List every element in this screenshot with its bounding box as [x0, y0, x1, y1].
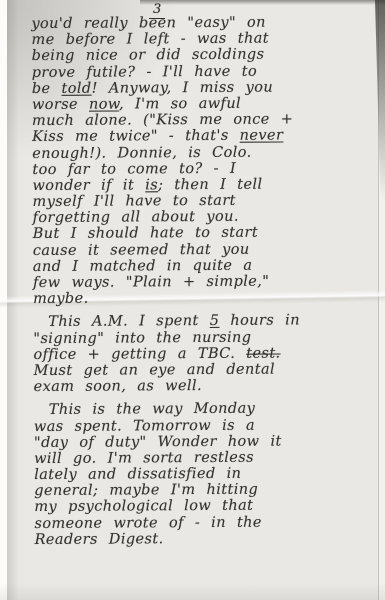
- letter-scan: 3 you'd really been "easy" onme before I…: [0, 0, 385, 600]
- paragraph-3: This is the way Mondaywas spent. Tomorro…: [34, 400, 373, 548]
- handwritten-line: exam soon, as well.: [34, 377, 372, 395]
- page-number: 3: [149, 2, 165, 19]
- scan-corner-shadow: [375, 0, 385, 200]
- scan-top-edge-shadow: [140, 0, 385, 5]
- handwritten-line: maybe.: [33, 289, 371, 307]
- paragraph-2: This A.M. I spent 5 hours in"signing" in…: [33, 312, 371, 395]
- paper-bottom-shade: [0, 582, 385, 600]
- paragraph-1: you'd really been "easy" onme before I l…: [31, 14, 371, 307]
- handwritten-line: Readers Digest.: [35, 530, 373, 548]
- letter-body: you'd really been "easy" onme before I l…: [31, 14, 372, 548]
